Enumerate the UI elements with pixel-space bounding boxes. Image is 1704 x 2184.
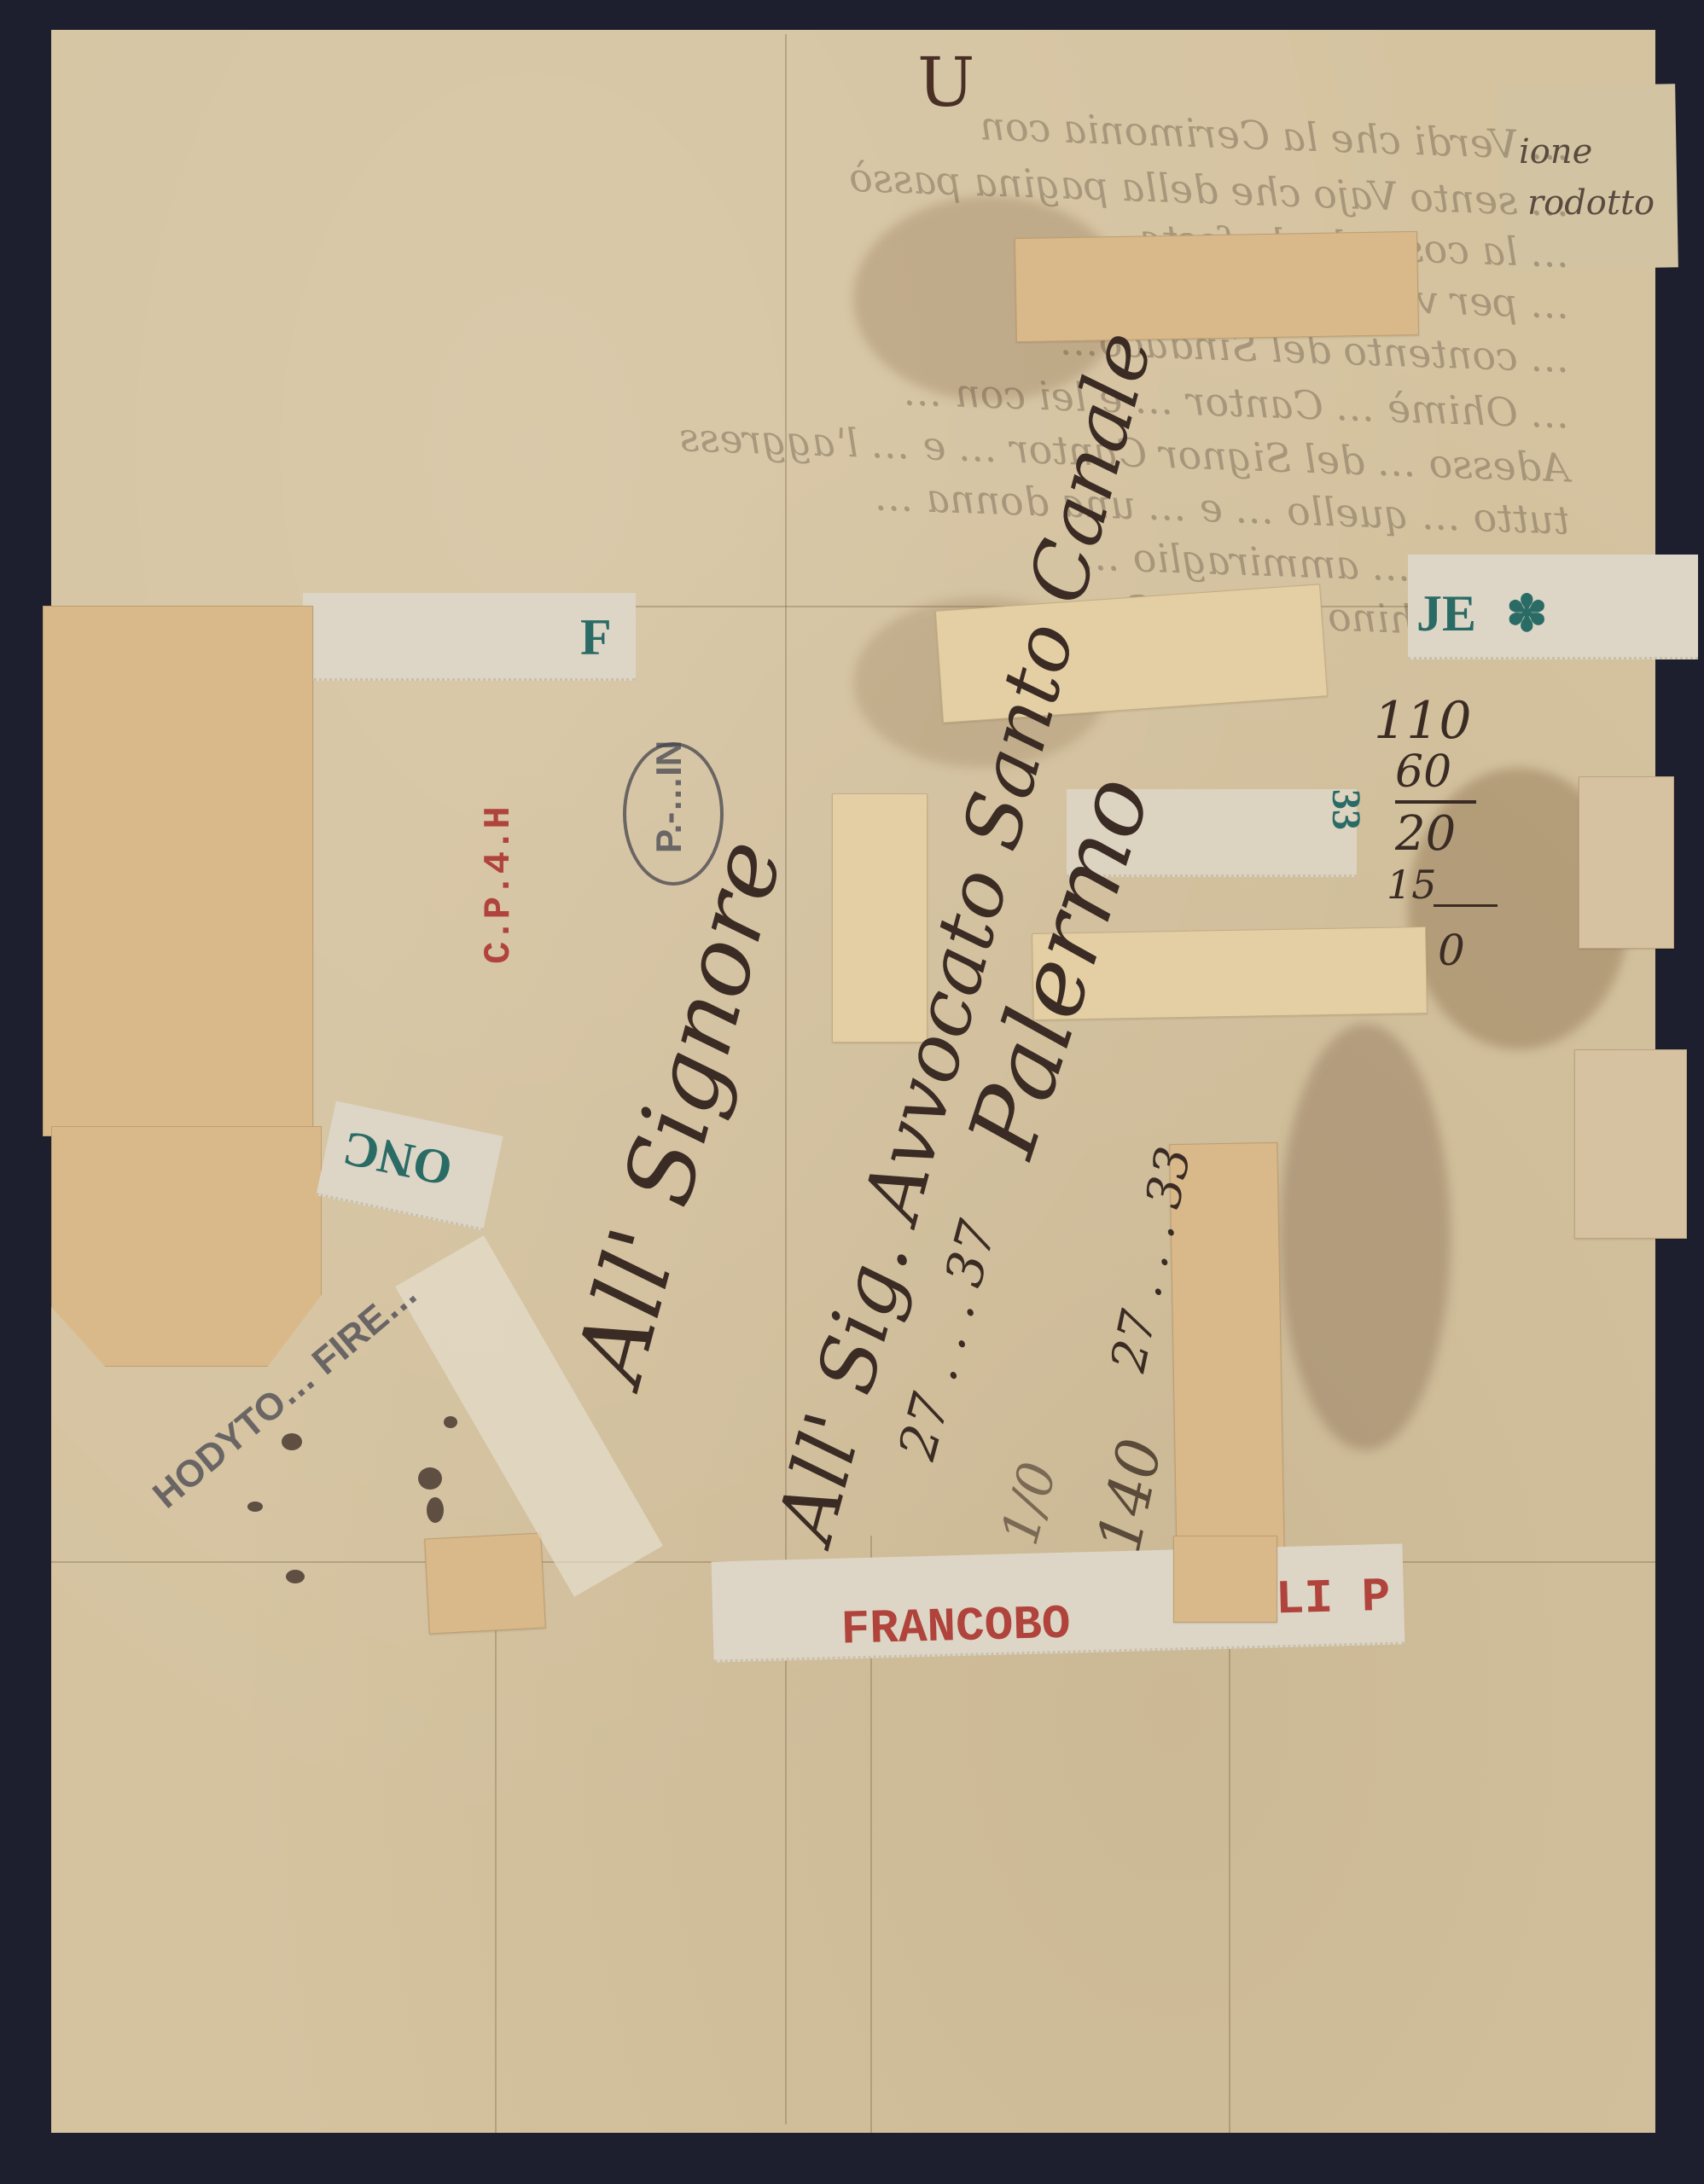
show-through-text: … Verdi che la Cerimonia con … sento Vaj… — [119, 85, 1570, 624]
tally-number: 20 — [1395, 806, 1456, 862]
tape-strip — [1579, 776, 1674, 949]
stamp-strip-number: 33 — [1323, 789, 1370, 830]
stamp-selvage-strip: FRANCOBO LI P — [712, 1543, 1405, 1662]
tape-strip — [51, 1126, 322, 1367]
tape-strip — [1015, 231, 1419, 342]
top-mark: U — [917, 43, 974, 122]
tape-strip — [424, 1532, 546, 1634]
tally-rule — [1434, 904, 1498, 907]
stamp-strip-fragment: ONC — [338, 1119, 457, 1198]
oval-postmark-text: P.-…IN — [648, 741, 689, 853]
francobolli-text: FRANCOBO — [840, 1597, 1071, 1658]
tally-number: 15 — [1387, 862, 1437, 908]
tape-strip — [43, 606, 313, 1136]
ink-blot — [444, 1416, 457, 1428]
ink-blot — [418, 1467, 442, 1490]
stamp-strip-text: JE — [1416, 584, 1476, 643]
stamp-selvage-strip: JE ✽ — [1408, 555, 1698, 659]
ink-blot — [247, 1501, 263, 1512]
ornament-icon: ✽ — [1506, 584, 1548, 642]
tally-number: 0 — [1438, 926, 1465, 975]
water-stain — [1280, 1024, 1451, 1450]
tally-number: 110 — [1374, 691, 1472, 751]
fold-line — [495, 1561, 497, 2133]
tally-number: 60 — [1395, 746, 1451, 798]
ink-blot — [282, 1433, 302, 1450]
ink-blot — [286, 1570, 305, 1583]
tally-rule — [1395, 800, 1476, 804]
tape-strip — [1173, 1536, 1277, 1623]
ink-blot — [427, 1497, 444, 1523]
red-postmark: C.P.4.H — [478, 806, 521, 964]
stamp-strip-letter: F — [580, 608, 612, 667]
tape-strip — [1574, 1049, 1687, 1239]
stamp-selvage-strip: F — [303, 593, 636, 681]
fragment-text: ione — [1519, 132, 1592, 171]
fragment-text: rodotto — [1527, 183, 1655, 223]
francobolli-suffix: LI P — [1275, 1570, 1391, 1627]
